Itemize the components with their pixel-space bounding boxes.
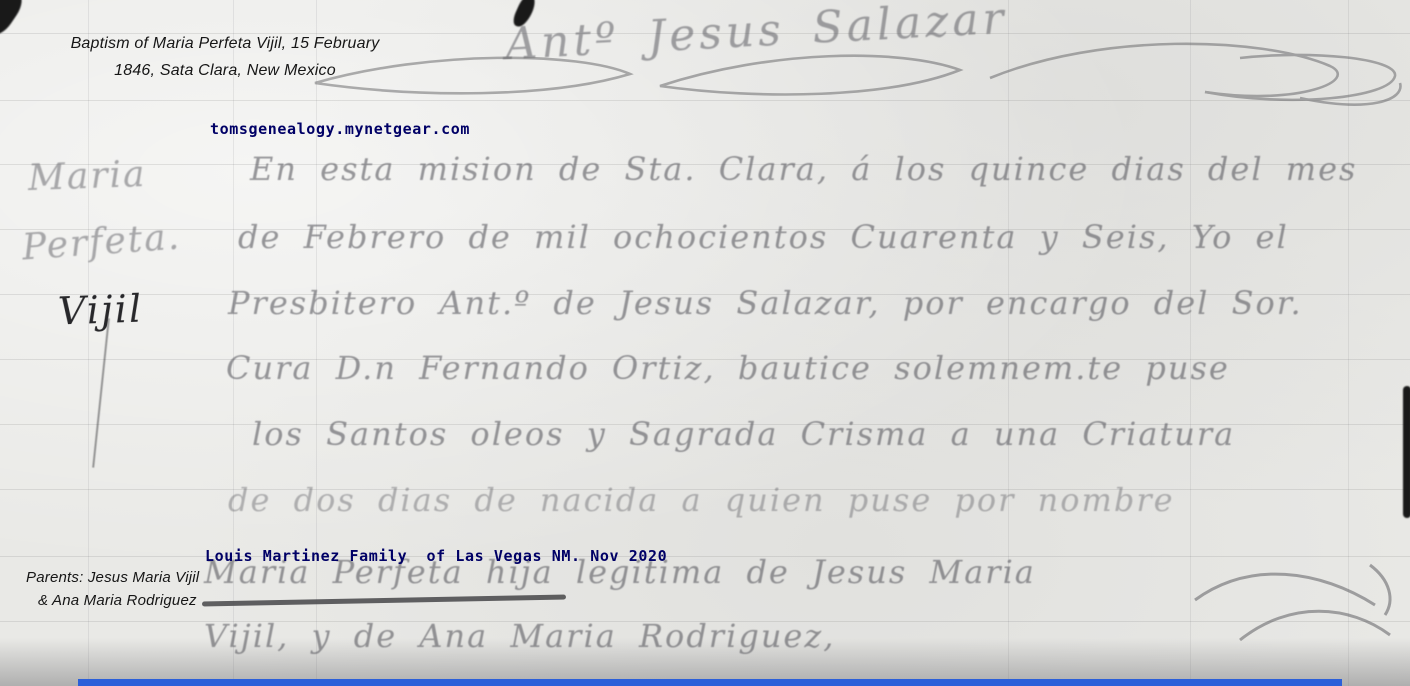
name-underline-mark: [202, 595, 566, 607]
top-caption: Baptism of Maria Perfeta Vijil, 15 Febru…: [60, 30, 390, 84]
parents-caption: Parents: Jesus Maria Vijil & Ana Maria R…: [26, 566, 199, 613]
signature-flourish: [300, 28, 1410, 108]
scanned-document-page: Antº Jesus Salazar Baptism of Maria Perf…: [0, 0, 1410, 686]
top-caption-line2: 1846, Sata Clara, New Mexico: [60, 57, 390, 84]
record-line: En esta mision de Sta. Clara, á los quin…: [250, 150, 1357, 188]
bottom-blue-bar: [78, 679, 1342, 686]
record-line: de dos dias de nacida a quien puse por n…: [228, 481, 1175, 519]
pencil-descender-stroke: [92, 318, 110, 467]
margin-name-line2: Perfeta.: [21, 216, 183, 268]
record-line: Presbitero Ant.º de Jesus Salazar, por e…: [228, 284, 1303, 322]
margin-name-line3: Vijil: [57, 287, 144, 334]
parents-caption-line2: & Ana Maria Rodriguez: [26, 589, 199, 612]
parents-caption-line1: Parents: Jesus Maria Vijil: [26, 566, 199, 589]
page-edge-mark: [1403, 386, 1410, 518]
top-caption-line1: Baptism of Maria Perfeta Vijil, 15 Febru…: [60, 30, 390, 57]
record-line: los Santos oleos y Sagrada Crisma a una …: [252, 415, 1235, 453]
family-watermark: Louis Martinez Family of Las Vegas NM. N…: [205, 547, 667, 565]
margin-name-line1: Maria: [27, 154, 147, 199]
record-line: de Febrero de mil ochocientos Cuarenta y…: [238, 218, 1289, 256]
record-line: Cura D.n Fernando Ortiz, bautice solemne…: [226, 349, 1230, 387]
site-watermark: tomsgenealogy.mynetgear.com: [210, 120, 470, 138]
